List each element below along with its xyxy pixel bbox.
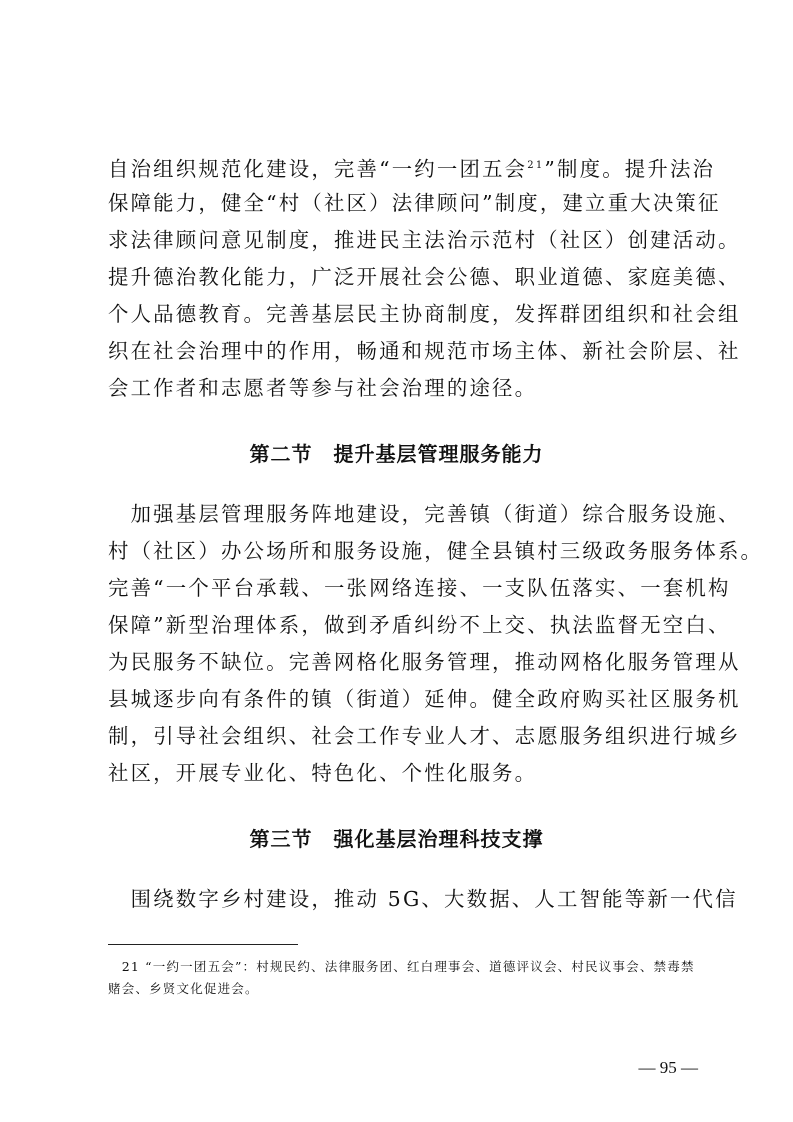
footnote-divider xyxy=(108,944,298,945)
section-heading-3: 第三节 强化基层治理科技支撑 xyxy=(0,823,793,852)
text-line: 县城逐步向有条件的镇（街道）延伸。健全政府购买社区服务机 xyxy=(108,685,698,713)
paragraph-3: 围绕数字乡村建设，推动 5G、大数据、人工智能等新一代信 xyxy=(108,885,698,913)
text-line: 织在社会治理中的作用，畅通和规范市场主体、新社会阶层、社 xyxy=(108,337,698,365)
text-line: 保障”新型治理体系，做到矛盾纠纷不上交、执法监督无空白、 xyxy=(108,611,698,639)
footnote-line: 赌会、乡贤文化促进会。 xyxy=(108,980,259,998)
text-line: 求法律顾问意见制度，推进民主法治示范村（社区）创建活动。 xyxy=(108,226,698,254)
text-line: 完善“一个平台承载、一张网络连接、一支队伍落实、一套机构 xyxy=(108,574,698,602)
text-line: 加强基层管理服务阵地建设，完善镇（街道）综合服务设施、 xyxy=(108,500,698,528)
page-number: — 95 — xyxy=(639,1058,699,1078)
text-line: 个人品德教育。完善基层民主协商制度，发挥群团组织和社会组 xyxy=(108,300,698,328)
text-line: 自治组织规范化建设，完善“一约一团五会21”制度。提升法治 xyxy=(108,152,698,183)
section-heading-2: 第二节 提升基层管理服务能力 xyxy=(0,438,793,467)
text-line: 制，引导社会组织、社会工作专业人才、志愿服务组织进行城乡 xyxy=(108,722,698,750)
footnote-ref[interactable]: 21 xyxy=(527,160,544,171)
text-line: 村（社区）办公场所和服务设施，健全县镇村三级政务服务体系。 xyxy=(108,537,698,565)
text-line: 社区，开展专业化、特色化、个性化服务。 xyxy=(108,759,698,787)
text-line: 为民服务不缺位。完善网格化服务管理，推动网格化服务管理从 xyxy=(108,648,698,676)
text-line: 提升德治教化能力，广泛开展社会公德、职业道德、家庭美德、 xyxy=(108,263,698,291)
text-line: 保障能力，健全“村（社区）法律顾问”制度，建立重大决策征 xyxy=(108,189,698,217)
text-line: 会工作者和志愿者等参与社会治理的途径。 xyxy=(108,374,698,402)
footnote-line: 21 “一约一团五会”：村规民约、法律服务团、红白理事会、道德评议会、村民议事会… xyxy=(108,958,695,976)
